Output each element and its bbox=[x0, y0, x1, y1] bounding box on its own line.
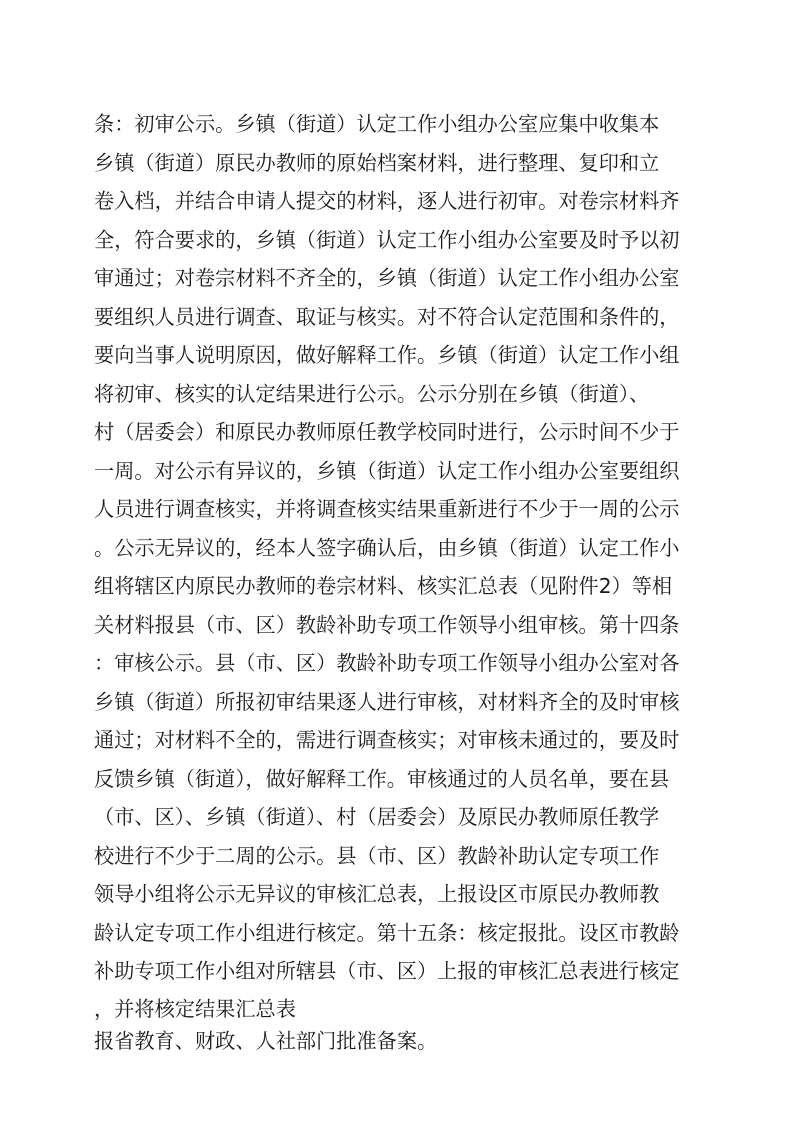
text-line: 关材料报县（市、区）教龄补助专项工作领导小组审核。第十四条 bbox=[94, 611, 714, 639]
text-line: 组将辖区内原民办教师的卷宗材料、核实汇总表（见附件2）等相 bbox=[94, 572, 714, 600]
text-line: 审通过；对卷宗材料不齐全的，乡镇（街道）认定工作小组办公室 bbox=[94, 264, 714, 292]
text-line: 条：初审公示。乡镇（街道）认定工作小组办公室应集中收集本 bbox=[94, 110, 714, 138]
text-line: 村（居委会）和原民办教师原任教学校同时进行，公示时间不少于 bbox=[94, 418, 714, 446]
text-line: 要组织人员进行调查、取证与核实。对不符合认定范围和条件的， bbox=[94, 303, 714, 331]
document-page: 条：初审公示。乡镇（街道）认定工作小组办公室应集中收集本 乡镇（街道）原民办教师… bbox=[0, 0, 793, 1122]
text-line: 将初审、核实的认定结果进行公示。公示分别在乡镇（街道）、 bbox=[94, 380, 714, 408]
text-line: 校进行不少于二周的公示。县（市、区）教龄补助认定专项工作 bbox=[94, 842, 714, 870]
text-line: 。公示无异议的，经本人签字确认后，由乡镇（街道）认定工作小 bbox=[94, 534, 714, 562]
text-line: 乡镇（街道）原民办教师的原始档案材料，进行整理、复印和立 bbox=[94, 149, 714, 177]
text-line: 人员进行调查核实，并将调查核实结果重新进行不少于一周的公示 bbox=[94, 495, 714, 523]
text-line: ：审核公示。县（市、区）教龄补助专项工作领导小组办公室对各 bbox=[94, 649, 714, 677]
text-line: 通过；对材料不全的，需进行调查核实；对审核未通过的，要及时 bbox=[94, 726, 714, 754]
text-line: 补助专项工作小组对所辖县（市、区）上报的审核汇总表进行核定 bbox=[94, 957, 714, 985]
text-line: 一周。对公示有异议的，乡镇（街道）认定工作小组办公室要组织 bbox=[94, 457, 714, 485]
text-line: 卷入档，并结合申请人提交的材料，逐人进行初审。对卷宗材料齐 bbox=[94, 187, 714, 215]
text-line: 全，符合要求的，乡镇（街道）认定工作小组办公室要及时予以初 bbox=[94, 226, 714, 254]
text-line: 领导小组将公示无异议的审核汇总表，上报设区市原民办教师教 bbox=[94, 880, 714, 908]
text-line: 反馈乡镇（街道），做好解释工作。审核通过的人员名单，要在县 bbox=[94, 765, 714, 793]
text-line: （市、区）、乡镇（街道）、村（居委会）及原民办教师原任教学 bbox=[94, 803, 714, 831]
text-line: 要向当事人说明原因，做好解释工作。乡镇（街道）认定工作小组 bbox=[94, 341, 714, 369]
text-line: 报省教育、财政、人社部门批准备案。 bbox=[94, 1027, 714, 1055]
text-line: 龄认定专项工作小组进行核定。第十五条：核定报批。设区市教龄 bbox=[94, 919, 714, 947]
text-line: ，并将核定结果汇总表 bbox=[94, 995, 714, 1023]
text-line: 乡镇（街道）所报初审结果逐人进行审核，对材料齐全的及时审核 bbox=[94, 688, 714, 716]
